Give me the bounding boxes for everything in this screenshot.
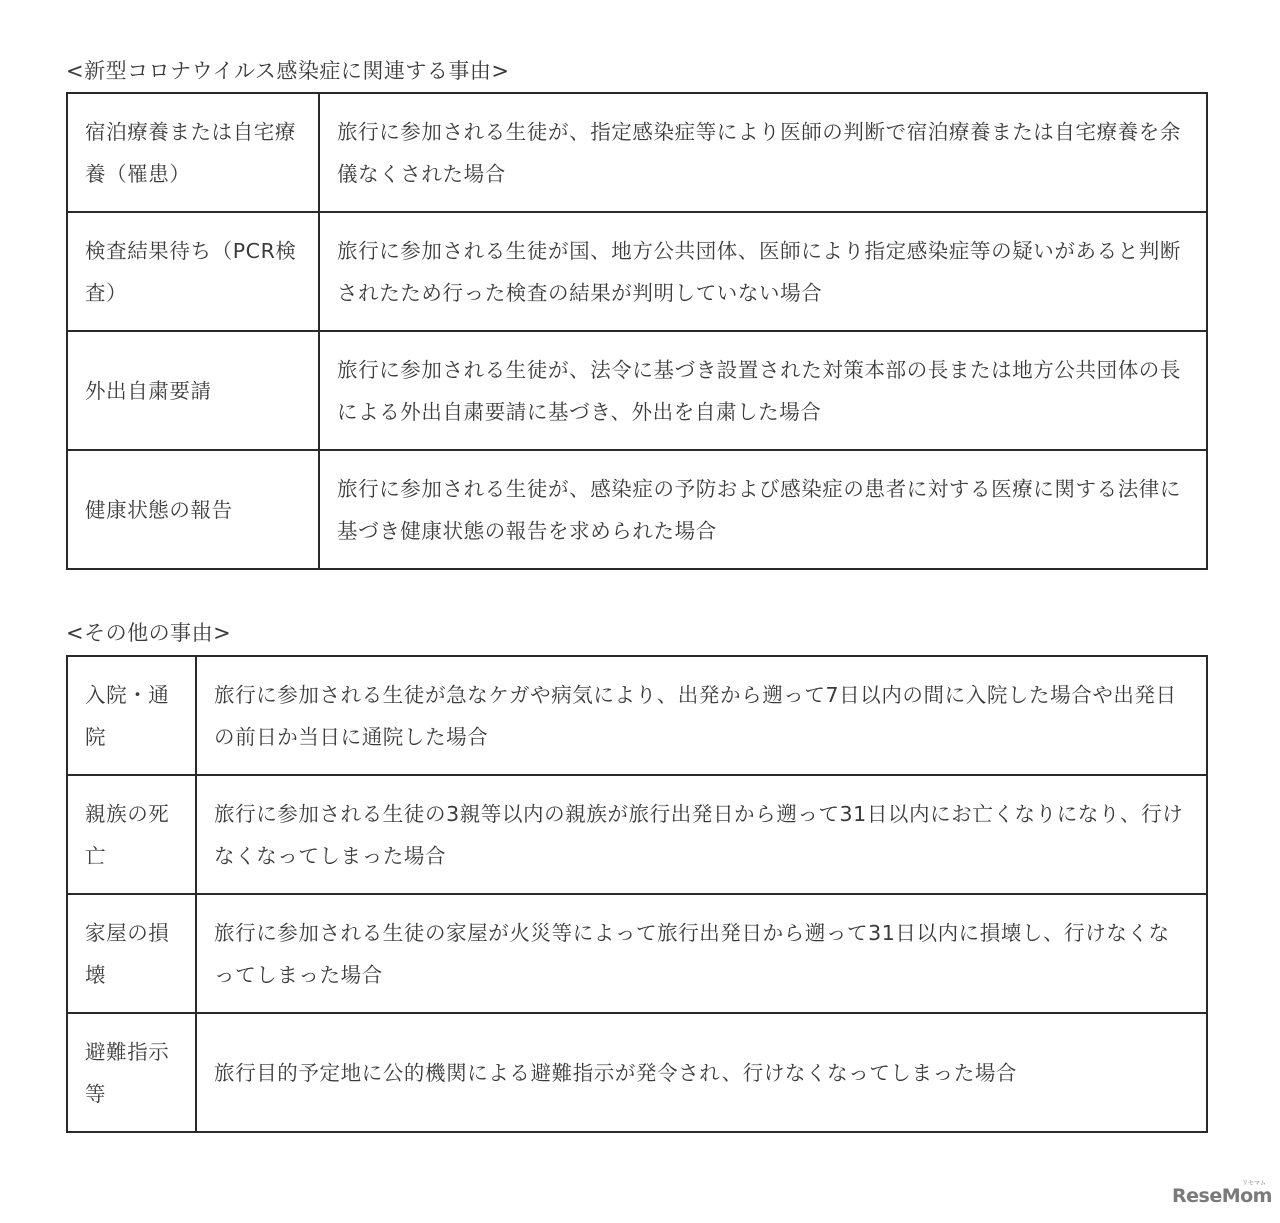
table-row: 外出自粛要請 旅行に参加される生徒が、法令に基づき設置された対策本部の長または地… bbox=[67, 331, 1207, 450]
reason-cell: 避難指示等 bbox=[67, 1013, 196, 1132]
description-cell: 旅行に参加される生徒が急なケガや病気により、出発から遡って7日以内の間に入院した… bbox=[196, 656, 1207, 775]
reason-cell: 親族の死亡 bbox=[67, 775, 196, 894]
other-section-title: <その他の事由> bbox=[66, 618, 231, 648]
logo-text: ReseMom bbox=[1172, 1185, 1272, 1207]
description-cell: 旅行に参加される生徒が国、地方公共団体、医師により指定感染症等の疑いがあると判断… bbox=[319, 212, 1207, 331]
other-reasons-table: 入院・通院 旅行に参加される生徒が急なケガや病気により、出発から遡って7日以内の… bbox=[66, 655, 1208, 1133]
description-cell: 旅行に参加される生徒が、法令に基づき設置された対策本部の長または地方公共団体の長… bbox=[319, 331, 1207, 450]
table-row: 健康状態の報告 旅行に参加される生徒が、感染症の予防および感染症の患者に対する医… bbox=[67, 450, 1207, 569]
description-cell: 旅行に参加される生徒の家屋が火災等によって旅行出発日から遡って31日以内に損壊し… bbox=[196, 894, 1207, 1013]
table-row: 家屋の損壊 旅行に参加される生徒の家屋が火災等によって旅行出発日から遡って31日… bbox=[67, 894, 1207, 1013]
reason-cell: 宿泊療養または自宅療養（罹患） bbox=[67, 93, 319, 212]
covid-section-title: <新型コロナウイルス感染症に関連する事由> bbox=[66, 56, 509, 86]
reason-cell: 健康状態の報告 bbox=[67, 450, 319, 569]
reason-cell: 検査結果待ち（PCR検査） bbox=[67, 212, 319, 331]
reason-cell: 家屋の損壊 bbox=[67, 894, 196, 1013]
description-cell: 旅行目的予定地に公的機関による避難指示が発令され、行けなくなってしまった場合 bbox=[196, 1013, 1207, 1132]
table-row: 宿泊療養または自宅療養（罹患） 旅行に参加される生徒が、指定感染症等により医師の… bbox=[67, 93, 1207, 212]
description-cell: 旅行に参加される生徒の3親等以内の親族が旅行出発日から遡って31日以内にお亡くな… bbox=[196, 775, 1207, 894]
covid-reasons-table: 宿泊療養または自宅療養（罹患） 旅行に参加される生徒が、指定感染症等により医師の… bbox=[66, 92, 1208, 570]
reason-cell: 外出自粛要請 bbox=[67, 331, 319, 450]
table-row: 入院・通院 旅行に参加される生徒が急なケガや病気により、出発から遡って7日以内の… bbox=[67, 656, 1207, 775]
table-row: 親族の死亡 旅行に参加される生徒の3親等以内の親族が旅行出発日から遡って31日以… bbox=[67, 775, 1207, 894]
table-row: 検査結果待ち（PCR検査） 旅行に参加される生徒が国、地方公共団体、医師により指… bbox=[67, 212, 1207, 331]
logo-ruby: リセマム bbox=[1242, 1178, 1266, 1187]
resemom-logo: ReseMom リセマム bbox=[1172, 1185, 1272, 1207]
description-cell: 旅行に参加される生徒が、指定感染症等により医師の判断で宿泊療養または自宅療養を余… bbox=[319, 93, 1207, 212]
reason-cell: 入院・通院 bbox=[67, 656, 196, 775]
description-cell: 旅行に参加される生徒が、感染症の予防および感染症の患者に対する医療に関する法律に… bbox=[319, 450, 1207, 569]
table-row: 避難指示等 旅行目的予定地に公的機関による避難指示が発令され、行けなくなってしま… bbox=[67, 1013, 1207, 1132]
